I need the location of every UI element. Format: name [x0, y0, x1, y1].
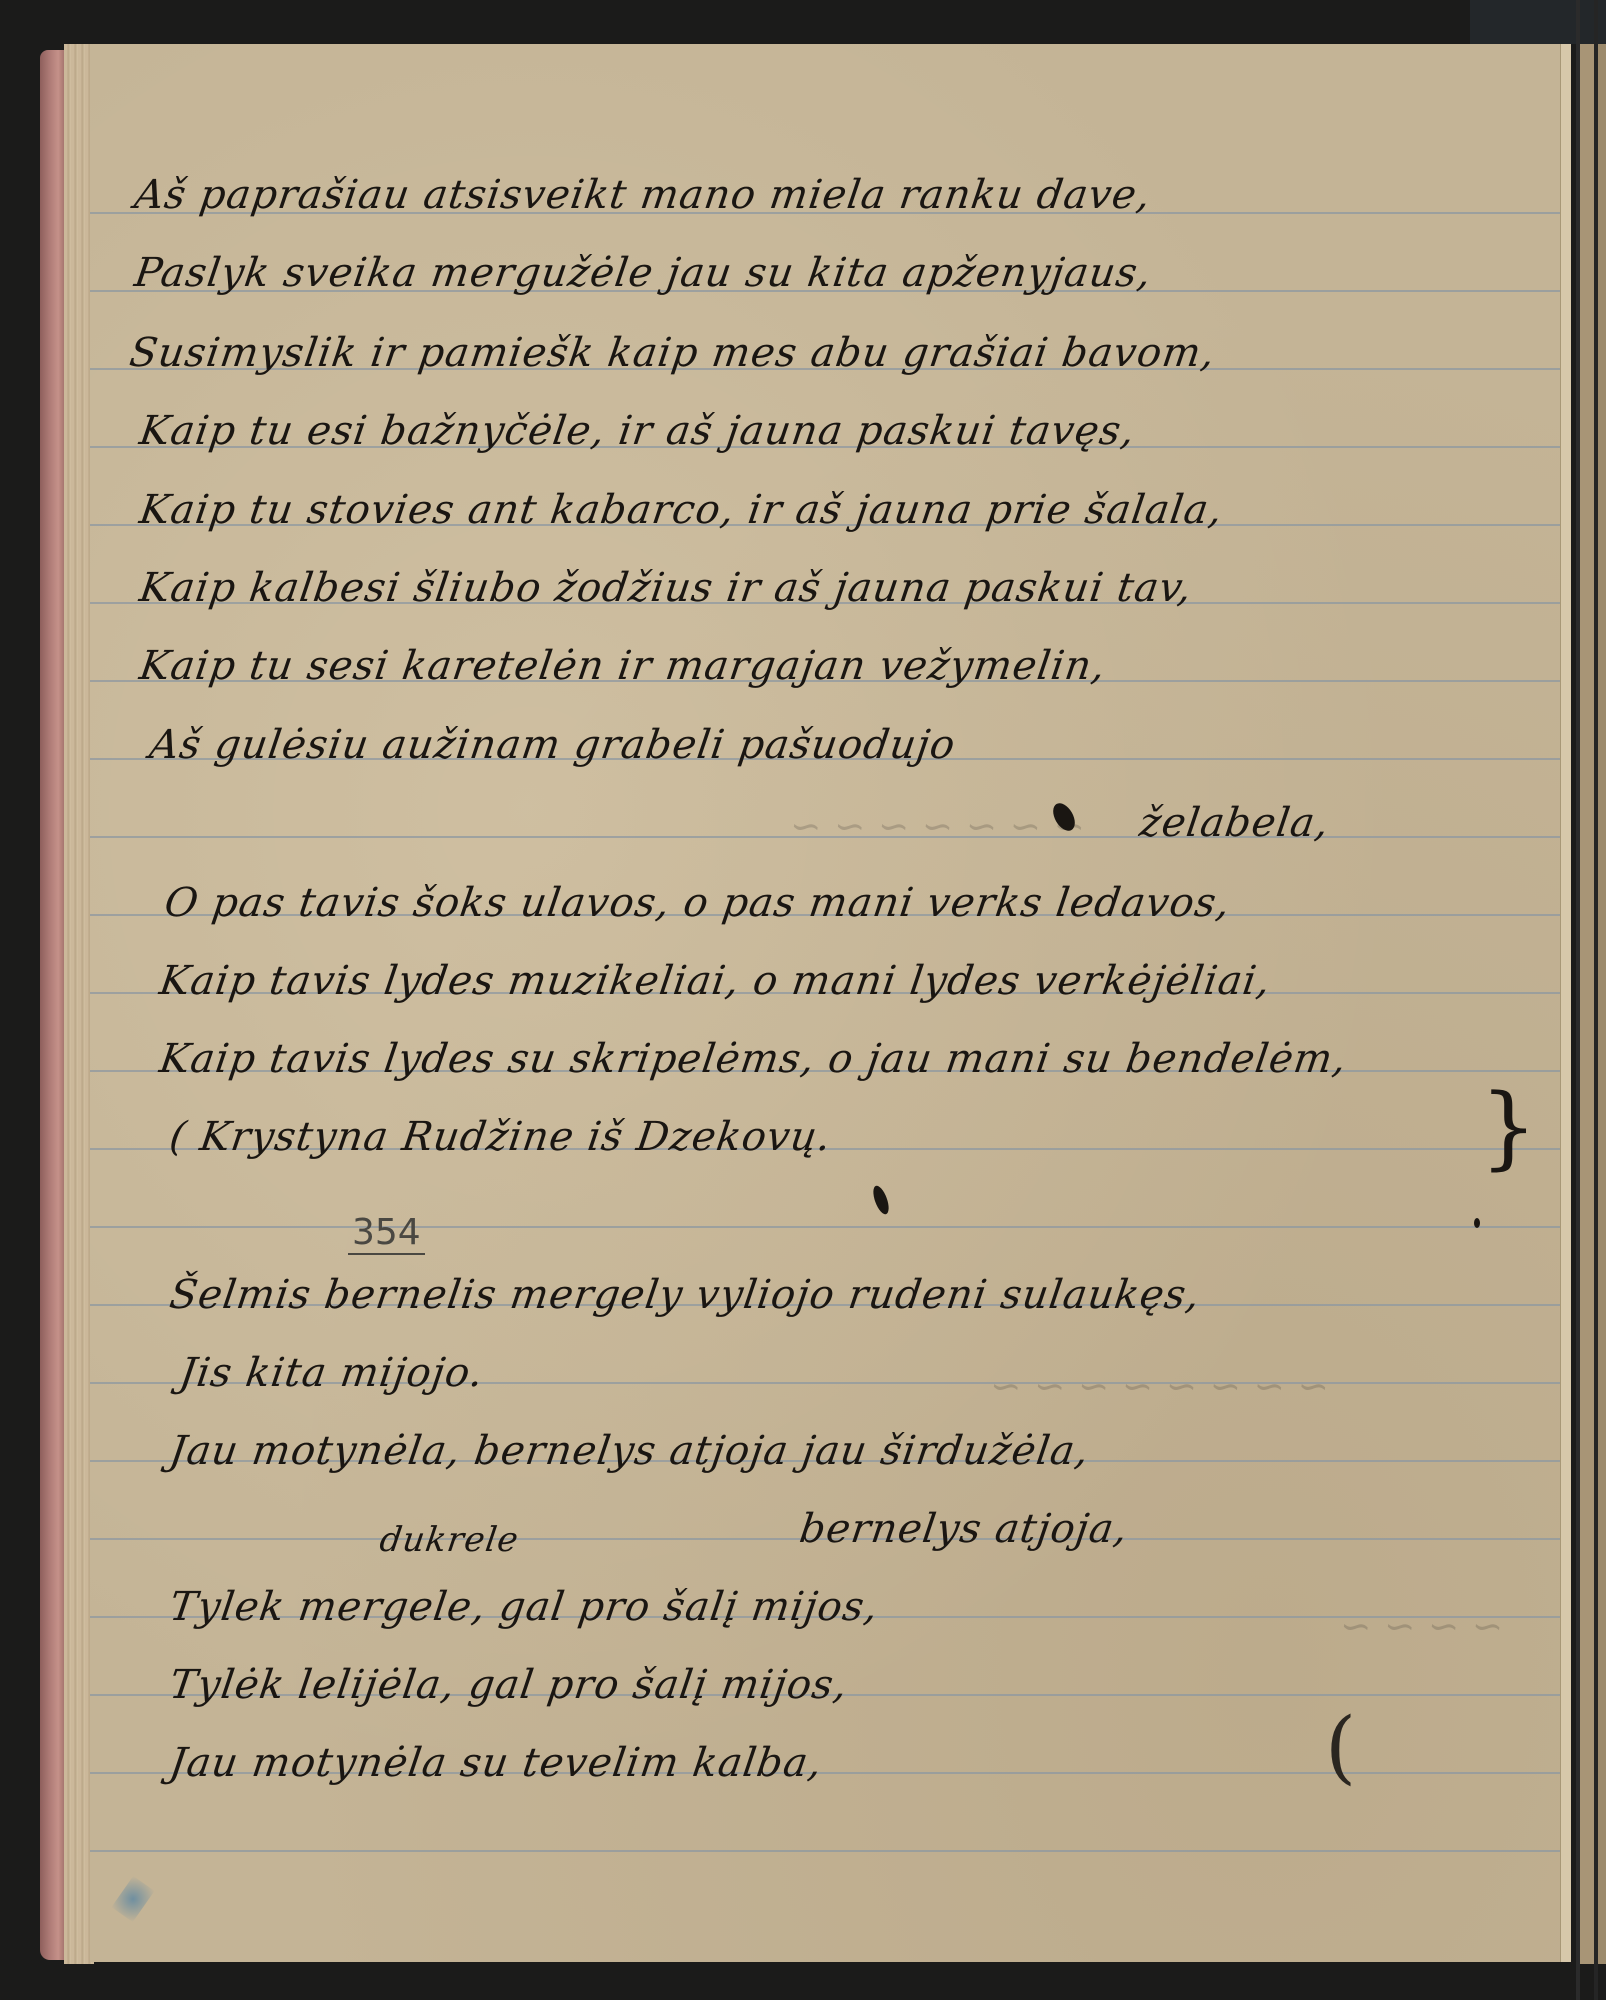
margin-parenthesis-mark: ( — [1325, 1700, 1356, 1793]
song-2-line: Tylek mergele, gal pro šalį mijos, — [167, 1584, 882, 1630]
song-1-line: Kaip tu stovies ant kabarco, ir aš jauna… — [137, 487, 1226, 533]
song-1-line: Aš paprašiau atsisveikt mano miela ranku… — [132, 172, 1154, 218]
song-1-attribution: ( Krystyna Rudžine iš Dzekovų. — [167, 1114, 835, 1160]
song-1-line: Kaip tu sesi karetelėn ir margajan vežym… — [137, 643, 1109, 689]
song-2-line-text: Tylek mergele, gal pro šalį mijos, — [167, 1584, 882, 1630]
song-1-line: Susimyslik ir pamiešk kaip mes abu graši… — [127, 330, 1219, 376]
notebook-cover-edge — [40, 50, 66, 1960]
page-number-annotation: 354 — [348, 1212, 425, 1255]
song-1-line-continuation: želabela, — [1137, 800, 1332, 846]
ink-blot — [1474, 1218, 1480, 1228]
scanner-background-strip — [1470, 0, 1606, 44]
next-page-edge — [1598, 44, 1606, 1964]
song-1-line: Kaip kalbesi šliubo žodžius ir aš jauna … — [137, 565, 1195, 611]
ruled-line — [90, 1850, 1560, 1852]
closing-brace-mark: } — [1480, 1075, 1537, 1180]
song-2-line: Tylėk lelijėla, gal pro šalį mijos, — [167, 1662, 851, 1708]
bleed-through-text: ~ ~ ~ ~ — [1337, 1604, 1507, 1648]
scanned-notebook-page: ~ ~ ~ ~ ~ ~ ~ ~ ~ ~ ~ ~ ~ ~ ~ ~ ~ ~ ~ Aš… — [0, 0, 1606, 2000]
song-2-line: Jau motynėla su tevelim kalba, — [167, 1740, 826, 1786]
bleed-through-text: ~ ~ ~ ~ ~ ~ ~ ~ — [987, 1364, 1332, 1408]
song-2-line: Jau motynėla, bernelys atjoja jau širduž… — [167, 1428, 1092, 1474]
ruled-line — [90, 1226, 1560, 1228]
page-gutter — [1560, 44, 1571, 1962]
song-1-line: Aš gulėsiu aužinam grabeli pašuodujo — [147, 722, 959, 768]
next-page-sliver — [1580, 44, 1594, 1964]
song-2-line: Šelmis bernelis mergely vyliojo rudeni s… — [167, 1272, 1203, 1318]
song-2-line-continuation: bernelys atjoja, — [797, 1506, 1131, 1552]
song-1-line: Paslyk sveika mergužėle jau su kita apže… — [132, 250, 1155, 296]
song-1-line: O pas tavis šoks ulavos, o pas mani verk… — [162, 880, 1234, 926]
song-1-line: Kaip tavis lydes su skripelėms, o jau ma… — [157, 1036, 1350, 1082]
song-1-line: Kaip tu esi bažnyčėle, ir aš jauna pasku… — [137, 408, 1138, 454]
song-1-line: Kaip tavis lydes muzikeliai, o mani lyde… — [157, 958, 1274, 1004]
bleed-through-text: ~ ~ ~ ~ ~ ~ ~ — [787, 804, 1089, 848]
song-2-line: Jis kita mijojo. — [177, 1350, 487, 1396]
insertion-above-line: dukrele — [377, 1520, 521, 1560]
